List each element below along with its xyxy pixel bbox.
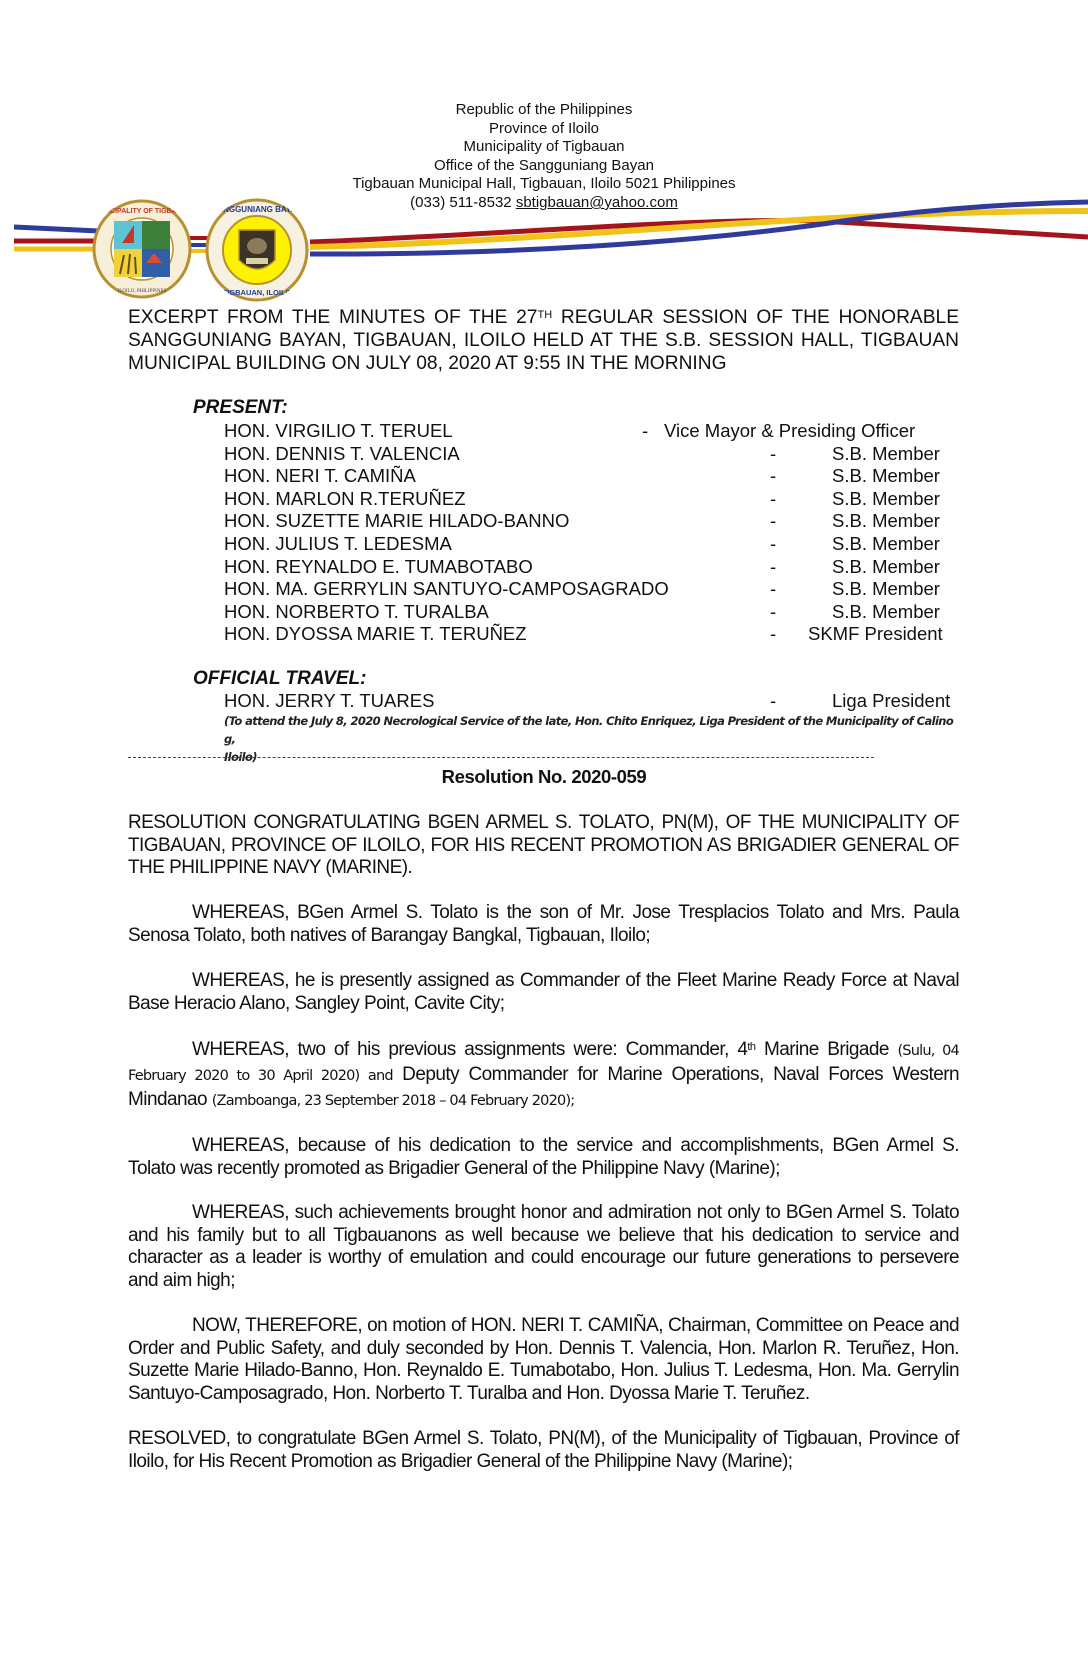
separator: -	[770, 601, 776, 623]
whereas-paragraph: WHEREAS, he is presently assigned as Com…	[128, 970, 959, 1015]
present-label: PRESENT:	[193, 397, 288, 419]
resolution-number: Resolution No. 2020-059	[0, 766, 1088, 788]
present-member-row: HON. DENNIS T. VALENCIA-S.B. Member	[224, 443, 964, 465]
member-role: Liga President	[832, 690, 950, 712]
svg-text:ILOILO, PHILIPPINES: ILOILO, PHILIPPINES	[118, 289, 167, 294]
letterhead-line: Republic of the Philippines	[0, 101, 1088, 120]
member-role: S.B. Member	[832, 533, 940, 555]
member-name: HON. JERRY T. TUARES	[224, 690, 434, 712]
member-role: S.B. Member	[832, 578, 940, 600]
member-name: HON. VIRGILIO T. TERUEL	[224, 420, 453, 442]
member-role: S.B. Member	[832, 443, 940, 465]
present-member-row: HON. VIRGILIO T. TERUEL-Vice Mayor & Pre…	[224, 420, 964, 442]
member-name: HON. NORBERTO T. TURALBA	[224, 601, 489, 623]
excerpt-prefix: EXCERPT FROM THE MINUTES OF THE 27	[128, 307, 537, 328]
separator: -	[770, 533, 776, 555]
separator: -	[642, 420, 648, 442]
member-name: HON. MARLON R.TERUÑEZ	[224, 488, 466, 510]
travel-member-row: HON. JERRY T. TUARES - Liga President	[224, 690, 964, 712]
separator: -	[770, 465, 776, 487]
whereas-paragraph: WHEREAS, two of his previous assignments…	[128, 1038, 959, 1113]
separator: -	[770, 510, 776, 532]
travel-note-line: (To attend the July 8, 2020 Necrological…	[224, 712, 964, 748]
section-divider	[128, 757, 874, 758]
member-name: HON. DYOSSA MARIE T. TERUÑEZ	[224, 623, 527, 645]
letterhead-line: Municipality of Tigbauan	[0, 138, 1088, 157]
member-role: S.B. Member	[832, 488, 940, 510]
whereas-paragraph: WHEREAS, such achievements brought honor…	[128, 1202, 959, 1293]
official-travel-label: OFFICIAL TRAVEL:	[193, 668, 366, 690]
member-name: HON. MA. GERRYLIN SANTUYO-CAMPOSAGRADO	[224, 578, 669, 600]
present-member-row: HON. NORBERTO T. TURALBA-S.B. Member	[224, 601, 964, 623]
present-member-row: HON. DYOSSA MARIE T. TERUÑEZ-SKMF Presid…	[224, 623, 964, 645]
assignment-detail: (Zamboanga, 23 September 2018 – 04 Febru…	[212, 1093, 575, 1109]
member-role: S.B. Member	[832, 465, 940, 487]
text: Marine Brigade	[755, 1039, 897, 1060]
present-member-row: HON. NERI T. CAMIÑA-S.B. Member	[224, 465, 964, 487]
present-member-row: HON. MA. GERRYLIN SANTUYO-CAMPOSAGRADO-S…	[224, 578, 964, 600]
whereas-paragraph: WHEREAS, because of his dedication to th…	[128, 1135, 959, 1180]
text: WHEREAS, two of his previous assignments…	[192, 1039, 747, 1060]
member-name: HON. SUZETTE MARIE HILADO-BANNO	[224, 510, 569, 532]
member-role: SKMF President	[808, 623, 943, 645]
member-role: S.B. Member	[832, 510, 940, 532]
excerpt-heading: EXCERPT FROM THE MINUTES OF THE 27TH REG…	[128, 307, 959, 375]
separator: -	[770, 556, 776, 578]
separator: -	[770, 578, 776, 600]
resolved-paragraph: RESOLVED, to congratulate BGen Armel S. …	[128, 1428, 959, 1473]
separator: -	[770, 623, 776, 645]
svg-text:TIGBAUAN, ILOILO: TIGBAUAN, ILOILO	[223, 288, 292, 297]
letterhead-line: Province of Iloilo	[0, 120, 1088, 139]
present-member-row: HON. MARLON R.TERUÑEZ-S.B. Member	[224, 488, 964, 510]
member-name: HON. JULIUS T. LEDESMA	[224, 533, 452, 555]
ordinal-suffix: th	[747, 1041, 755, 1053]
separator: -	[770, 690, 776, 712]
member-role: S.B. Member	[832, 601, 940, 623]
present-member-row: HON. SUZETTE MARIE HILADO-BANNO-S.B. Mem…	[224, 510, 964, 532]
separator: -	[770, 488, 776, 510]
letterhead-line: Office of the Sangguniang Bayan	[0, 157, 1088, 176]
now-therefore-paragraph: NOW, THEREFORE, on motion of HON. NERI T…	[128, 1315, 959, 1406]
member-role: S.B. Member	[832, 556, 940, 578]
member-name: HON. DENNIS T. VALENCIA	[224, 443, 460, 465]
present-member-row: HON. JULIUS T. LEDESMA-S.B. Member	[224, 533, 964, 555]
resolution-title: RESOLUTION CONGRATULATING BGEN ARMEL S. …	[128, 812, 959, 880]
ordinal-suffix: TH	[537, 309, 552, 321]
present-member-row: HON. REYNALDO E. TUMABOTABO-S.B. Member	[224, 556, 964, 578]
member-name: HON. REYNALDO E. TUMABOTABO	[224, 556, 533, 578]
member-role: Vice Mayor & Presiding Officer	[664, 420, 915, 442]
separator: -	[770, 443, 776, 465]
whereas-paragraph: WHEREAS, BGen Armel S. Tolato is the son…	[128, 902, 959, 947]
member-name: HON. NERI T. CAMIÑA	[224, 465, 416, 487]
sangguniang-bayan-seal-logo: SANGGUNIANG BAYAN TIGBAUAN, ILOILO	[205, 198, 309, 302]
municipality-seal-logo: MUNICIPALITY OF TIGBAUAN ILOILO, PHILIPP…	[92, 199, 192, 299]
